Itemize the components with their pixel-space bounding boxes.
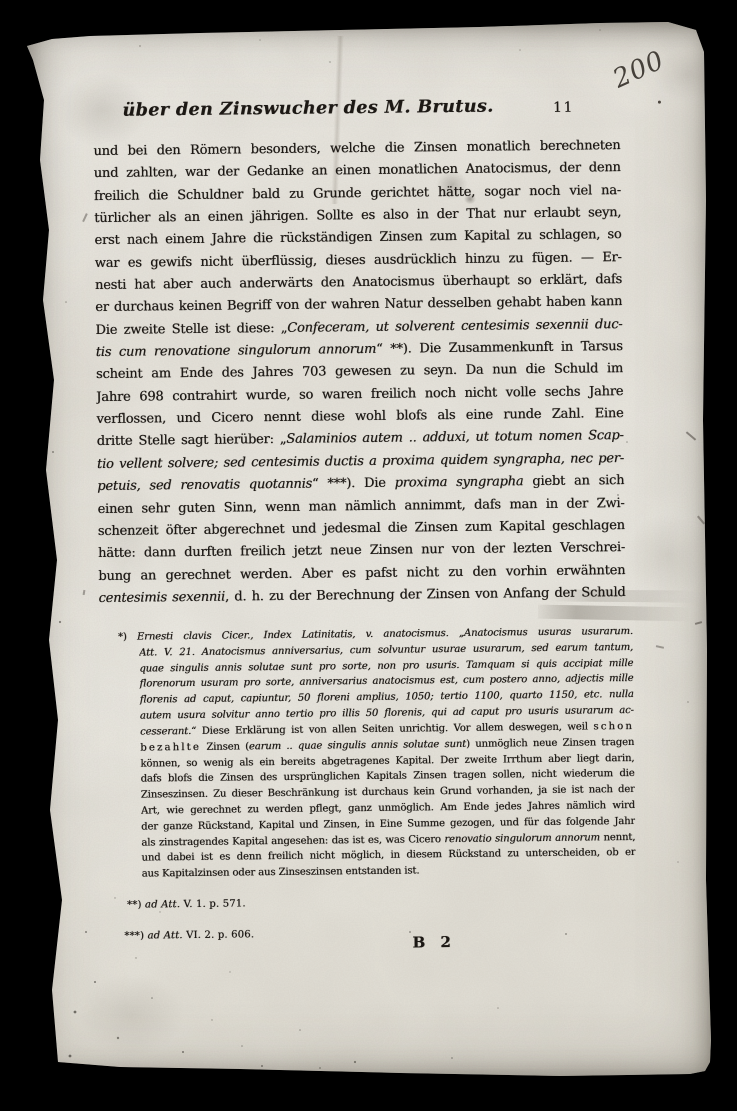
text-segment: aus Kapitalzinsen oder aus Zinseszinsen … <box>142 866 420 880</box>
handwritten-folio-number: 200 <box>609 45 669 94</box>
text-segment: *) <box>118 632 137 643</box>
page-content: 200 über den Zinswucher des M. Brutus. 1… <box>16 16 718 1086</box>
text-segment: proxima syngrapha <box>395 474 524 490</box>
page-paper: 200 über den Zinswucher des M. Brutus. 1… <box>22 20 712 1082</box>
text-segment: VI. 2. p. 606. <box>183 929 255 941</box>
text-segment: schon <box>593 721 634 732</box>
text-segment: earum .. quae singulis annis solutae sun… <box>249 739 466 752</box>
text-segment: Die zweite Stelle ist diese: „ <box>95 321 287 338</box>
text-segment: dritte Stelle sagt hierüber: „ <box>97 432 287 449</box>
text-segment: scheint am Ende des Jahres 703 gewesen z… <box>96 362 623 383</box>
text-segment: und zahlten, war der Gedanke an einen mo… <box>94 160 621 181</box>
text-segment: hätte: dann durften freilich jetzt neue … <box>98 540 625 561</box>
text-segment: Confeceram, ut solverent centesimis sexe… <box>287 317 622 336</box>
text-segment: cesserant.“ <box>140 726 196 738</box>
text-segment: bung an gerechnet werden. Aber es pafst … <box>98 563 625 584</box>
text-segment: petuis, sed renovatis quotannis <box>97 477 312 494</box>
text-segment: war es gewifs nicht überflüssig, dieses … <box>95 250 622 271</box>
text-segment: ***) <box>124 931 147 942</box>
text-segment: renovatio singulorum annorum <box>444 832 600 845</box>
text-segment: Salaminios autem .. adduxi, ut totum nom… <box>286 429 624 448</box>
text-segment: , d. h. zu der Berechnung der Zinsen von… <box>225 585 626 605</box>
footnote-block: *) Ernesti clavis Cicer., Index Latinita… <box>139 624 636 883</box>
text-segment: als zinstragendes Kapital angesehen: das… <box>141 834 444 848</box>
text-segment: centesimis sexennii <box>98 589 225 605</box>
text-segment: einen sehr guten Sinn, wenn man nämlich … <box>97 496 624 517</box>
text-segment: nennt, <box>600 832 635 843</box>
text-segment: Zinsen ( <box>201 741 249 753</box>
text-segment: “ **). Die Zusammenkunft in Tarsus <box>376 339 623 357</box>
text-segment: und bei den Römern besonders, welche die… <box>93 138 620 159</box>
text-segment: verflossen, und Cicero nennt diese wohl … <box>96 406 623 427</box>
text-segment: tis cum renovatione singulorum annorum <box>96 342 376 360</box>
text-segment: ad Att. <box>145 899 180 910</box>
text-segment: erst nach einem Jahre die rückständigen … <box>94 227 621 248</box>
text-segment: tio vellent solvere; sed centesimis duct… <box>97 451 624 472</box>
text-segment: bezahlte <box>140 742 201 754</box>
page-number: 11 <box>553 100 574 116</box>
footnote-ref-3: ***) ad Att. VI. 2. p. 606. <box>124 929 254 941</box>
text-segment: “ ***). Die <box>312 476 395 492</box>
text-segment: Jahre 698 contrahirt wurde, so waren fre… <box>96 384 623 405</box>
text-segment: freilich die Schuldner bald zu Grunde ge… <box>94 183 621 204</box>
footnote-ref-2: **) ad Att. V. 1. p. 571. <box>127 898 246 910</box>
text-segment: Diese Erklärung ist von allen Seiten unr… <box>196 721 593 737</box>
running-header-title: über den Zinswucher des M. Brutus. <box>93 96 523 121</box>
ink-dot <box>658 101 661 104</box>
body-line: centesimis sexennii, d. h. zu der Berech… <box>98 582 625 610</box>
text-segment: V. 1. p. 571. <box>180 898 246 910</box>
text-segment: ad Att. <box>147 930 182 941</box>
signature-mark: B 2 <box>412 933 456 951</box>
text-segment: und dabei ist es denn freilich nicht mög… <box>141 847 635 864</box>
scanned-book-page: 200 über den Zinswucher des M. Brutus. 1… <box>0 0 737 1111</box>
text-segment: giebt an sich <box>523 473 624 489</box>
text-segment: ) unmöglich neue Zinsen tragen <box>466 737 634 750</box>
text-segment: **) <box>127 900 145 911</box>
text-segment: nesti hat aber auch anderwärts den Anato… <box>95 272 622 293</box>
main-text-block: und bei den Römern besonders, welche die… <box>93 135 625 610</box>
text-segment: schenzeit öfter abgerechnet und jedesmal… <box>98 518 625 539</box>
text-segment: türlicher als an einen jährigen. Sollte … <box>94 205 621 226</box>
